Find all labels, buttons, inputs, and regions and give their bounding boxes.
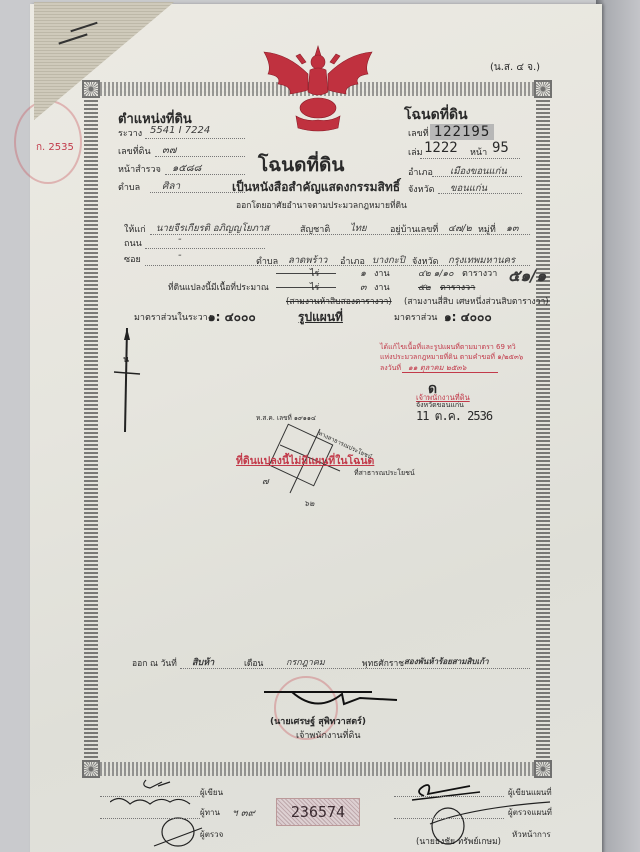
field-underline	[100, 818, 200, 819]
area-label: ที่ดินแปลงนี้มีเนื้อที่ประมาณ	[168, 280, 269, 294]
page-value: 95	[492, 140, 509, 156]
north-arrow-icon: น	[112, 326, 142, 436]
svg-text:น: น	[123, 355, 129, 365]
corner-ornament-icon	[534, 80, 552, 98]
amend-stamp-date-label: ลงวันที่	[380, 363, 401, 374]
adjacent-label: ที่สาธารณประโยชน์	[354, 468, 415, 479]
no-map-note: ที่ดินแปลงนี้ไม่มีแผนที่ในโฉนด	[236, 452, 374, 469]
issued-year: สองพันห้าร้อยสามสิบเก้า	[404, 655, 489, 668]
garuda-emblem-icon	[258, 44, 378, 136]
map-scale-value: ๑: ๔๐๐๐	[208, 308, 256, 327]
volume-value: 1222	[424, 140, 458, 156]
plot-note: ห.ส.ค. เลขที่ ๑๙๑๑๔	[256, 413, 316, 423]
road-label: ถนน	[124, 236, 142, 250]
corner-ornament-icon	[82, 80, 100, 98]
road-value: -	[178, 234, 182, 245]
form-code: (น.ส. ๔ จ.)	[490, 60, 540, 75]
corner-stamp-text: ก. 2535	[36, 140, 74, 155]
given-to-label: ให้แก่	[124, 222, 146, 236]
field-underline	[394, 818, 504, 819]
field-underline	[165, 174, 245, 175]
area-words-struck: (สามงานห้าสิบสองตารางวา)	[286, 294, 392, 308]
officer-name: (นายเศรษฐ์ สุพิทวาสตร์)	[270, 714, 366, 728]
field-label-land-no: เลขที่ดิน	[118, 144, 151, 158]
officer-title: เจ้าพนักงานที่ดิน	[296, 728, 360, 742]
issued-day: สิบห้า	[192, 655, 214, 669]
area2-ngan: ๓	[360, 280, 367, 295]
area1-wa: ๔๒ ๑/๑๐	[418, 266, 454, 280]
area-margin-note: ๕๑/๑	[508, 264, 546, 289]
field-label-survey-page: หน้าสำรวจ	[118, 162, 161, 176]
parcel-b: ๖๒	[304, 497, 314, 510]
area-dash-line	[276, 287, 336, 288]
field-underline	[432, 176, 522, 177]
writer-signature	[110, 776, 210, 852]
scale-value: ๑: ๔๐๐๐	[444, 308, 492, 327]
corner-ornament-icon	[534, 760, 552, 778]
officer-signature	[262, 684, 402, 714]
field-underline	[438, 193, 522, 194]
area1-ngan-label: งาน	[374, 266, 390, 280]
border-bottom	[100, 762, 534, 776]
field-underline	[155, 156, 245, 157]
area-words: (สามงานสี่สิบ เศษหนึ่งส่วนสิบตารางวา)	[404, 294, 549, 308]
page-label: หน้า	[470, 145, 487, 159]
field-underline	[150, 192, 245, 193]
corner-ornament-icon	[82, 760, 100, 778]
field-underline	[145, 248, 265, 249]
border-left	[84, 100, 98, 758]
soi-label: ซอย	[124, 252, 141, 266]
province-label: จังหวัด	[408, 182, 435, 196]
area1-wa-label: ตารางวา	[462, 266, 497, 280]
deed-number: 122195	[430, 124, 494, 140]
field-underline	[394, 796, 504, 797]
issued-month: กรกฎาคม	[286, 655, 325, 669]
date-stamp: 11 ต.ค. 2536	[416, 407, 492, 426]
field-value-ravang: 5541 I 7224	[150, 125, 210, 136]
left-footer-note: ฯ ๓๙	[232, 806, 255, 821]
map-scale-label: มาตราส่วนในระวาง	[134, 310, 212, 324]
serial-number: 236574	[276, 798, 360, 826]
area2-rai-label: ไร่	[310, 280, 319, 294]
plan-label: รูปแผนที่	[298, 308, 343, 327]
area2-wa: ๕๒	[418, 280, 431, 294]
issuer-line: ออกโดยอาศัยอำนาจตามประมวลกฎหมายที่ดิน	[236, 198, 407, 212]
scale-label: มาตราส่วน	[394, 310, 437, 324]
field-underline	[150, 234, 530, 235]
deed-heading: โฉนดที่ดิน	[404, 104, 468, 126]
document-subtitle: เป็นหนังสือสำคัญแสดงกรรมสิทธิ์	[232, 178, 400, 197]
field-label-ravang: ระวาง	[118, 126, 142, 140]
issued-label: ออก ณ วันที่	[132, 656, 177, 670]
deed-number-label: เลขที่	[408, 126, 429, 140]
area1-rai-label: ไร่	[310, 266, 319, 280]
volume-label: เล่ม	[408, 145, 423, 159]
field-label-tambon: ตำบล	[118, 180, 140, 194]
field-underline	[145, 138, 245, 139]
background-surface	[596, 0, 640, 852]
soi-value: -	[178, 250, 182, 261]
area2-wa-label: ตารางวา	[440, 280, 475, 294]
area2-ngan-label: งาน	[374, 280, 390, 294]
area-dash-line	[276, 273, 336, 274]
document-title: โฉนดที่ดิน	[258, 150, 344, 180]
field-underline	[180, 668, 530, 669]
field-underline	[420, 158, 520, 159]
parcel-a: ๗	[262, 474, 269, 488]
area1-ngan: ๑	[360, 266, 366, 281]
field-underline	[402, 372, 498, 373]
map-signatures	[410, 778, 560, 848]
district-label: อำเภอ	[408, 165, 433, 179]
border-right	[536, 100, 550, 758]
field-underline	[100, 796, 200, 797]
